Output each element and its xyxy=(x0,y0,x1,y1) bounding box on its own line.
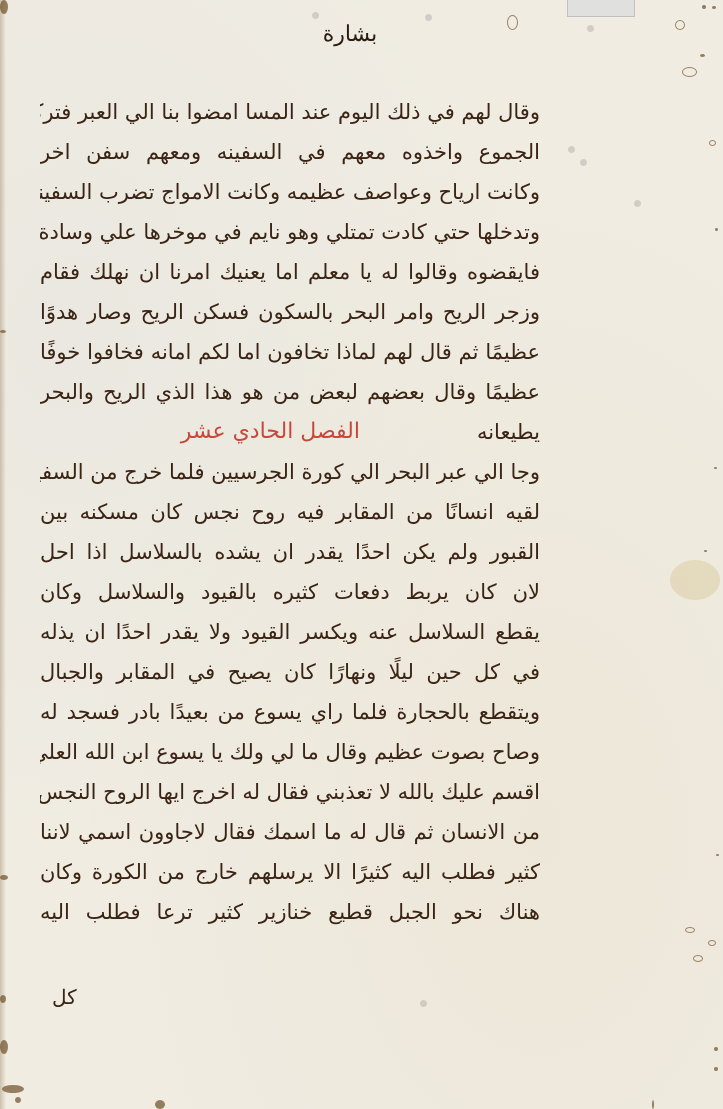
ink-speck xyxy=(0,330,6,333)
ink-speck xyxy=(652,1100,654,1109)
scan-dust xyxy=(580,159,587,166)
ink-speck xyxy=(714,1047,718,1051)
text-line: القبور ولم يكن احدًا يقدر ان يشده بالسلا… xyxy=(40,532,540,572)
text-line: يقطع السلاسل عنه ويكسر القيود ولا يقدر ا… xyxy=(40,612,540,652)
ink-speck xyxy=(715,228,718,231)
scan-dust xyxy=(420,1000,427,1007)
text-line: هناك نحو الجبل قطيع خنازير كثير ترعا فطل… xyxy=(40,892,540,932)
ink-speck xyxy=(702,5,706,9)
catchword: كل xyxy=(52,985,77,1009)
water-spot xyxy=(507,15,518,30)
text-line: كثير فطلب اليه كثيرًا الا يرسلهم خارج من… xyxy=(40,852,540,892)
ink-speck xyxy=(712,6,716,9)
chapter-heading-line: يطيعانه الفصل الحادي عشر xyxy=(40,412,540,452)
ink-speck xyxy=(0,0,8,14)
ink-speck xyxy=(155,1100,165,1109)
ink-speck xyxy=(2,1085,24,1093)
scan-dust xyxy=(587,25,594,32)
text-line: وقال لهم في ذلك اليوم عند المسا امضوا بن… xyxy=(40,92,540,132)
water-spot xyxy=(682,67,697,77)
text-line: من الانسان ثم قال له ما اسمك فقال لاجاوو… xyxy=(40,812,540,852)
line-end-word: يطيعانه xyxy=(477,412,540,452)
text-line: وزجر الريح وامر البحر بالسكون فسكن الريح… xyxy=(40,292,540,332)
text-line: اقسم عليك بالله لا تعذبني فقال له اخرج ا… xyxy=(40,772,540,812)
text-line: عظيمًا ثم قال لهم لماذا تخافون اما لكم ا… xyxy=(40,332,540,372)
water-spot xyxy=(709,140,716,146)
text-line: الجموع واخذوه معهم في السفينه ومعهم سفن … xyxy=(40,132,540,172)
chapter-title: الفصل الحادي عشر xyxy=(181,412,360,452)
foxing-stain xyxy=(670,560,720,600)
water-spot xyxy=(685,927,695,933)
manuscript-page: بشارة وقال لهم في ذلك اليوم عند المسا ام… xyxy=(0,0,723,1109)
text-line: فايقضوه وقالوا له يا معلم اما يعنيك امرن… xyxy=(40,252,540,292)
text-line: وتدخلها حتي كادت تمتلي وهو نايم في موخره… xyxy=(40,212,540,252)
manuscript-text: وقال لهم في ذلك اليوم عند المسا امضوا بن… xyxy=(40,92,540,932)
page-edge-shadow xyxy=(0,0,6,1109)
scan-dust xyxy=(568,146,575,153)
scan-dust xyxy=(312,12,319,19)
text-line: وجا الي عبر البحر الي كورة الجرسيين فلما… xyxy=(40,452,540,492)
ink-speck xyxy=(700,54,705,57)
ink-speck xyxy=(0,875,8,880)
scan-dust xyxy=(634,200,641,207)
text-line: في كل حين ليلًا ونهارًا كان يصيح في المق… xyxy=(40,652,540,692)
ink-speck xyxy=(714,1067,718,1071)
text-line: ويتقطع بالحجارة فلما راي يسوع من بعيدًا … xyxy=(40,692,540,732)
water-spot xyxy=(675,20,685,30)
text-line: وكانت ارياح وعواصف عظيمه وكانت الامواج ت… xyxy=(40,172,540,212)
ink-speck xyxy=(0,995,6,1003)
text-line: وصاح بصوت عظيم وقال ما لي ولك يا يسوع اب… xyxy=(40,732,540,772)
ink-speck xyxy=(714,467,717,469)
ink-speck xyxy=(704,550,707,552)
ink-speck xyxy=(15,1097,21,1103)
water-spot xyxy=(693,955,703,962)
ink-speck xyxy=(716,854,719,856)
water-spot xyxy=(708,940,716,946)
page-header: بشارة xyxy=(300,22,400,47)
paper-tab xyxy=(567,0,635,17)
text-line: عظيمًا وقال بعضهم لبعض من هو هذا الذي ال… xyxy=(40,372,540,412)
scan-dust xyxy=(425,14,432,21)
text-line: لقيه انسانًا من المقابر فيه روح نجس كان … xyxy=(40,492,540,532)
text-line: لان كان يربط دفعات كثيره بالقيود والسلاس… xyxy=(40,572,540,612)
ink-speck xyxy=(0,1040,8,1054)
